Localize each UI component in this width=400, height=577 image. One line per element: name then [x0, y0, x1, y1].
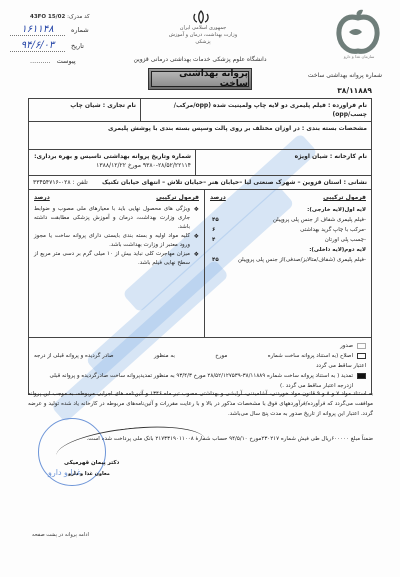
signatory-role: معاون غذا و دارو	[68, 471, 110, 477]
permit-details-table: نام فراورده : فیلم پلیمری دو لایه چاپ ول…	[28, 98, 372, 395]
percent-header: درصد	[34, 193, 50, 203]
trade-name-value: شیان چاپ	[70, 102, 100, 109]
amend-purpose: به منظور	[154, 351, 175, 361]
packaging-value: در اوزان مختلف بر روی پالت وسپس بسته بند…	[108, 125, 300, 132]
formula-section: فرمول ترکیبی درصد لایه اول(لایه خارجی): …	[29, 190, 371, 338]
amend-tail-2: اعتبار ساقط می گردد	[34, 361, 366, 371]
address-label: نشانی :	[344, 179, 367, 186]
ministry-line-2: وزارت بهداشت، درمان و آموزش پزشکی	[168, 32, 238, 46]
issue-label: صدور	[340, 341, 353, 351]
amend-tail: صادر گردیده و پروانه قبلی از درجه	[34, 351, 114, 361]
layer-2-title: لایه دوم(لایه داخلی):	[210, 245, 366, 255]
address-value: استان قزوین – شهرک صنعتی لیا –خیابان هنر…	[102, 179, 341, 186]
establishment-license-cell: شماره وتاریخ پروانه بهداشتی تاسیس و بهره…	[29, 150, 196, 175]
food-drug-organization-logo-icon	[335, 8, 381, 54]
factory-name-value: شیان اویژه	[295, 153, 328, 160]
packaging-label: مشخصات بسته بندی :	[302, 125, 367, 132]
iran-emblem-icon	[192, 10, 210, 24]
legal-basis-text: به استناد مواد ۷ و ۸ و ۹ قانون مواد خورد…	[28, 389, 373, 419]
attachment-value: ..........	[30, 57, 51, 65]
number-label: شماره	[71, 26, 89, 34]
phone-label: تلفن :	[73, 179, 88, 186]
signatory-name: دکتر پیمان قهرمیکی	[64, 460, 119, 466]
doc-code-value: 43FO 15/02	[30, 14, 65, 20]
renew-text: تمدید ( به استناد پروانه ساخت شماره ۳۸/۱…	[34, 371, 353, 391]
document-title: پروانه بهداشتی ساخت	[151, 71, 249, 87]
ministry-line-1: جمهوری اسلامی ایران	[168, 25, 238, 32]
university-name: دانشگاه علوم پزشکی خدمات بهداشتی درمانی …	[120, 56, 280, 63]
amend-checkbox	[357, 353, 366, 359]
permit-number-value: ۳۸/۱۱۸۸۹	[337, 86, 372, 95]
doc-code-label: کد مدرک:	[67, 14, 90, 20]
component-name: -مرکب با چاپ گرید بهداشتی	[300, 225, 366, 235]
license-value: ۹۳۸۰-۲۸/۵۲/۲۲۱۱۴ مورخ ۱۳۸۸/۱۲/۲۲	[33, 161, 191, 170]
diamond-bullet-icon: ❖	[193, 250, 199, 268]
date-label: تاریخ	[71, 42, 84, 50]
composition-column: فرمول ترکیبی درصد لایه اول(لایه خارجی): …	[204, 190, 371, 337]
factory-name-cell: نام کارخانه : شیان اویژه	[196, 150, 371, 175]
date-value: ۹۴/۶/۰۳	[10, 40, 65, 52]
issue-checkbox	[357, 343, 366, 349]
formula-header: فرمول ترکیبی	[156, 193, 199, 203]
percent-header: درصد	[210, 193, 226, 203]
notes-header: فرمول ترکیبی درصد	[34, 193, 199, 203]
component-row: -مرکب با چاپ گرید بهداشتی ۶	[210, 225, 366, 235]
issuance-section: صدور اصلاح (به استناد پروانه ساخت شماره …	[29, 338, 371, 394]
health-permit-document: سازمان غذا و دارو جمهوری اسلامی ایران وز…	[0, 0, 400, 577]
diamond-bullet-icon: ❖	[193, 232, 199, 250]
packaging-cell: مشخصات بسته بندی : در اوزان مختلف بر روی…	[104, 122, 371, 149]
continued-on-back-note: ادامه پروانه در پشت صفحه	[32, 532, 89, 538]
logo-caption: سازمان غذا و دارو	[330, 54, 388, 59]
document-title-box: پروانه بهداشتی ساخت	[148, 68, 252, 90]
attachment-label: پیوست	[57, 57, 76, 65]
note-text: ویژگی های محصول نهایی باید با معیارهای م…	[34, 205, 190, 232]
packaging-row: مشخصات بسته بندی : در اوزان مختلف بر روی…	[29, 122, 371, 150]
diamond-bullet-icon: ❖	[193, 205, 199, 232]
composition-header: فرمول ترکیبی درصد	[210, 193, 366, 203]
note-item: ❖ میزان مهاجرت کلی نباید بیش از ۱۰ میلی …	[34, 250, 199, 268]
note-text: میزان مهاجرت کلی نباید بیش از ۱۰ میلی گر…	[34, 250, 190, 268]
phone-cell: تلفن : ۰۲۸-۳۳۴۵۴۷۱۶	[29, 176, 92, 189]
component-name: -فیلم پلیمری (شفاف/متالایز/صدفی)از جنس پ…	[238, 255, 366, 265]
trade-name-cell: نام تجاری : شیان چاپ	[29, 99, 141, 121]
number-value: ۱۶۱۱۴۸	[10, 24, 65, 36]
factory-row: نام کارخانه : شیان اویژه شماره وتاریخ پر…	[29, 150, 371, 176]
factory-name-label: نام کارخانه :	[330, 153, 367, 160]
address-row: نشانی : استان قزوین – شهرک صنعتی لیا –خی…	[29, 176, 371, 190]
note-item: ❖ ویژگی های محصول نهایی باید با معیارهای…	[34, 205, 199, 232]
product-name-cell: نام فراورده : فیلم پلیمری دو لایه چاپ ول…	[141, 99, 371, 121]
component-percent: ۶	[210, 225, 230, 235]
notes-column: فرمول ترکیبی درصد ❖ ویژگی های محصول نهای…	[29, 190, 204, 337]
note-item: ❖ کلیه مواد اولیه و بسته بندی بایستی دار…	[34, 232, 199, 250]
phone-value: ۰۲۸-۳۳۴۵۴۷۱۶	[33, 179, 71, 186]
formula-header: فرمول ترکیبی	[323, 193, 366, 203]
component-percent: ۴۵	[210, 215, 230, 225]
component-name: -چسب پلی اورتان	[325, 235, 366, 245]
license-label: شماره وتاریخ پروانه بهداشتی تاسیس و بهره…	[33, 152, 191, 161]
ministry-heading: جمهوری اسلامی ایران وزارت بهداشت، درمان …	[168, 25, 238, 46]
amend-text: اصلاح (به استناد پروانه ساخت شماره مورخ …	[34, 351, 353, 361]
layer-1-title: لایه اول(لایه خارجی):	[210, 205, 366, 215]
product-name-label: نام فراورده :	[328, 102, 367, 109]
trade-name-label: نام تجاری :	[103, 102, 136, 109]
product-name-row: نام فراورده : فیلم پلیمری دو لایه چاپ ول…	[29, 99, 371, 122]
permit-number-label: شماره پروانه بهداشتی ساخت	[308, 72, 382, 79]
component-row: -فیلم پلیمری شفاف از جنس پلی پروپیلن ۴۵	[210, 215, 366, 225]
amend-label: اصلاح (به استناد پروانه ساخت شماره	[268, 351, 353, 361]
attachment-row: پیوست ..........	[30, 57, 76, 65]
component-name: -فیلم پلیمری شفاف از جنس پلی پروپیلن	[273, 215, 366, 225]
amend-option: اصلاح (به استناد پروانه ساخت شماره مورخ …	[34, 351, 366, 361]
amend-dated: مورخ	[215, 351, 227, 361]
component-row: -فیلم پلیمری (شفاف/متالایز/صدفی)از جنس پ…	[210, 255, 366, 265]
renew-option: تمدید ( به استناد پروانه ساخت شماره ۳۸/۱…	[34, 371, 366, 391]
document-code: کد مدرک: 43FO 15/02	[30, 14, 90, 20]
component-percent: ۴	[210, 235, 230, 245]
component-percent: ۴۵	[210, 255, 230, 265]
note-text: کلیه مواد اولیه و بسته بندی بایستی دارای…	[34, 232, 190, 250]
date-row: تاریخ ۹۴/۶/۰۳	[10, 40, 84, 52]
renew-checkbox-checked	[357, 373, 366, 379]
issue-option: صدور	[34, 341, 366, 351]
address-cell: نشانی : استان قزوین – شهرک صنعتی لیا –خی…	[98, 176, 371, 189]
component-row: -چسب پلی اورتان ۴	[210, 235, 366, 245]
number-row: شماره ۱۶۱۱۴۸	[10, 24, 89, 36]
